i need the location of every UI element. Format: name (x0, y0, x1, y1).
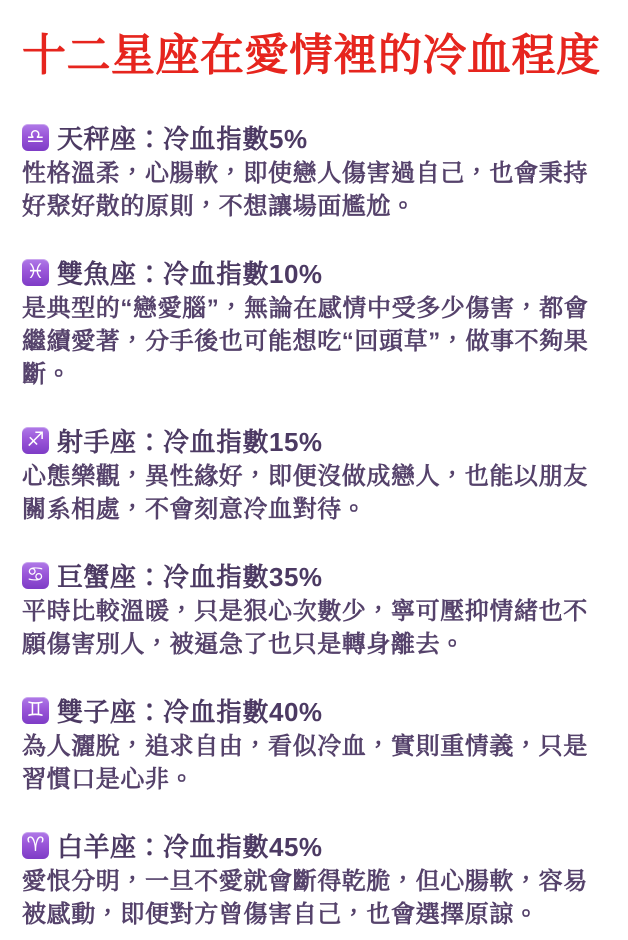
section-heading: 天秤座：冷血指數5% (57, 119, 308, 156)
sagittarius-icon: ♐ (22, 427, 49, 454)
section-heading: 白羊座：冷血指數45% (57, 827, 323, 864)
section-heading: 雙子座：冷血指數40% (57, 692, 323, 729)
zodiac-section-libra: ♎ 天秤座：冷血指數5% 性格溫柔，心腸軟，即使戀人傷害過自己，也會秉持好聚好散… (22, 121, 610, 223)
section-body: 心態樂觀，異性緣好，即便沒做成戀人，也能以朋友關系相處，不會刻意冷血對待。 (22, 460, 610, 526)
zodiac-section-gemini: ♊ 雙子座：冷血指數40% 為人灑脫，追求自由，看似冷血，實則重情義，只是習慣口… (22, 694, 610, 796)
section-heading-row: ♓ 雙魚座：冷血指數10% (22, 256, 610, 289)
section-heading-row: ♊ 雙子座：冷血指數40% (22, 694, 610, 727)
aries-icon: ♈ (22, 832, 49, 859)
section-body: 性格溫柔，心腸軟，即使戀人傷害過自己，也會秉持好聚好散的原則，不想讓場面尷尬。 (22, 157, 610, 223)
zodiac-section-pisces: ♓ 雙魚座：冷血指數10% 是典型的“戀愛腦”，無論在感情中受多少傷害，都會繼續… (22, 256, 610, 391)
section-body: 平時比較溫暖，只是狠心次數少，寧可壓抑情緒也不願傷害別人，被逼急了也只是轉身離去… (22, 595, 610, 661)
section-heading-row: ♐ 射手座：冷血指數15% (22, 424, 610, 457)
section-body: 是典型的“戀愛腦”，無論在感情中受多少傷害，都會繼續愛著，分手後也可能想吃“回頭… (22, 292, 610, 391)
section-heading: 巨蟹座：冷血指數35% (57, 557, 323, 594)
gemini-icon: ♊ (22, 697, 49, 724)
page: 十二星座在愛情裡的冷血程度 ♎ 天秤座：冷血指數5% 性格溫柔，心腸軟，即使戀人… (0, 0, 628, 940)
section-body: 愛恨分明，一旦不愛就會斷得乾脆，但心腸軟，容易被感動，即便對方曾傷害自己，也會選… (22, 865, 610, 931)
zodiac-section-sagittarius: ♐ 射手座：冷血指數15% 心態樂觀，異性緣好，即便沒做成戀人，也能以朋友關系相… (22, 424, 610, 526)
section-heading-row: ♈ 白羊座：冷血指數45% (22, 829, 610, 862)
section-heading-row: ♋ 巨蟹座：冷血指數35% (22, 559, 610, 592)
cancer-icon: ♋ (22, 562, 49, 589)
pisces-icon: ♓ (22, 259, 49, 286)
section-heading-row: ♎ 天秤座：冷血指數5% (22, 121, 610, 154)
zodiac-section-aries: ♈ 白羊座：冷血指數45% 愛恨分明，一旦不愛就會斷得乾脆，但心腸軟，容易被感動… (22, 829, 610, 931)
libra-icon: ♎ (22, 124, 49, 151)
section-heading: 雙魚座：冷血指數10% (57, 254, 323, 291)
zodiac-section-cancer: ♋ 巨蟹座：冷血指數35% 平時比較溫暖，只是狠心次數少，寧可壓抑情緒也不願傷害… (22, 559, 610, 661)
section-heading: 射手座：冷血指數15% (57, 422, 323, 459)
page-title: 十二星座在愛情裡的冷血程度 (22, 24, 610, 88)
section-body: 為人灑脫，追求自由，看似冷血，實則重情義，只是習慣口是心非。 (22, 730, 610, 796)
